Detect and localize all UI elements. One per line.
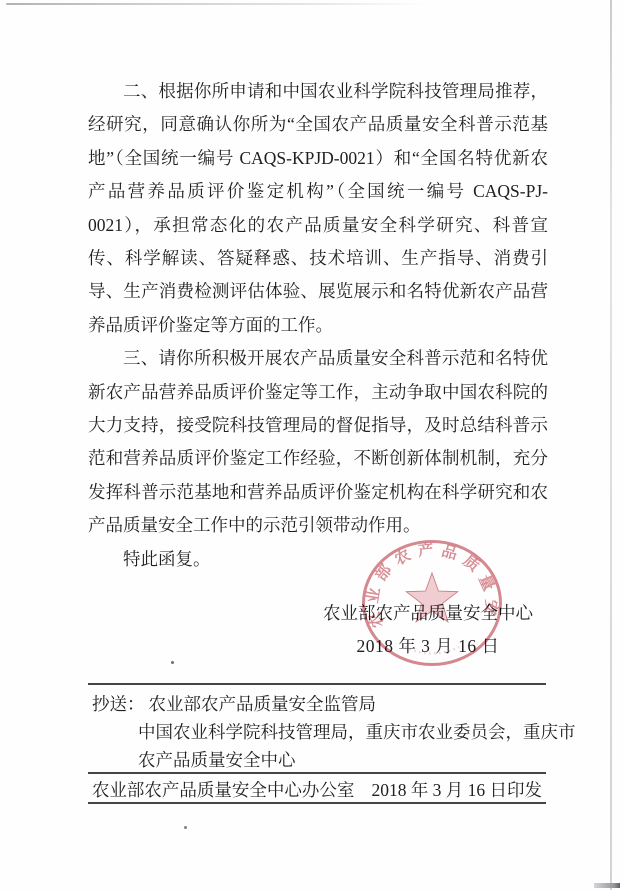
signature-org: 农业部农产品质量安全中心 — [320, 601, 536, 625]
paragraph-item-2: 二、根据你所申请和中国农业科学院科技管理局推荐，经研究，同意确认你所为“全国农产… — [88, 75, 548, 342]
footer-imprint-row: 农业部农产品质量安全中心办公室 2018 年 3 月 16 日印发 — [88, 778, 546, 802]
scan-artifact-top-edge — [6, 3, 426, 5]
letter-body: 二、根据你所申请和中国农业科学院科技管理局推荐，经研究，同意确认你所为“全国农产… — [88, 75, 548, 576]
scan-artifact-corner — [594, 883, 620, 888]
cc-recipient-line-2: 中国农业科学院科技管理局，重庆市农业委员会，重庆市 — [138, 720, 576, 744]
footer-divider-bottom — [88, 802, 546, 804]
signature-block: 农业部农产品质量安全中心 2018 年 3 月 16 日 — [320, 601, 536, 658]
ink-speck — [184, 826, 187, 829]
footer-print-date: 2018 年 3 月 16 日印发 — [371, 778, 542, 802]
scan-artifact-right-edge — [610, 0, 612, 890]
closing-phrase: 特此函复。 — [88, 543, 548, 576]
cc-divider-top — [88, 683, 546, 685]
cc-recipient-line-1: 农业部农产品质量安全监管局 — [149, 694, 377, 714]
paragraph-item-3: 三、请你所积极开展农产品质量安全科普示范和名特优新农产品营养品质评价鉴定等工作，… — [88, 342, 548, 542]
signature-date: 2018 年 3 月 16 日 — [320, 634, 536, 658]
footer-divider-top — [88, 772, 546, 774]
cc-recipient-line-3: 农产品质量安全中心 — [138, 748, 296, 772]
cc-label: 抄送： — [92, 694, 145, 714]
footer-issuer: 农业部农产品质量安全中心办公室 — [92, 778, 355, 802]
document-page: 二、根据你所申请和中国农业科学院科技管理局推荐，经研究，同意确认你所为“全国农产… — [0, 0, 623, 890]
cc-row: 抄送：农业部农产品质量安全监管局 — [92, 692, 376, 716]
ink-speck — [171, 661, 174, 664]
